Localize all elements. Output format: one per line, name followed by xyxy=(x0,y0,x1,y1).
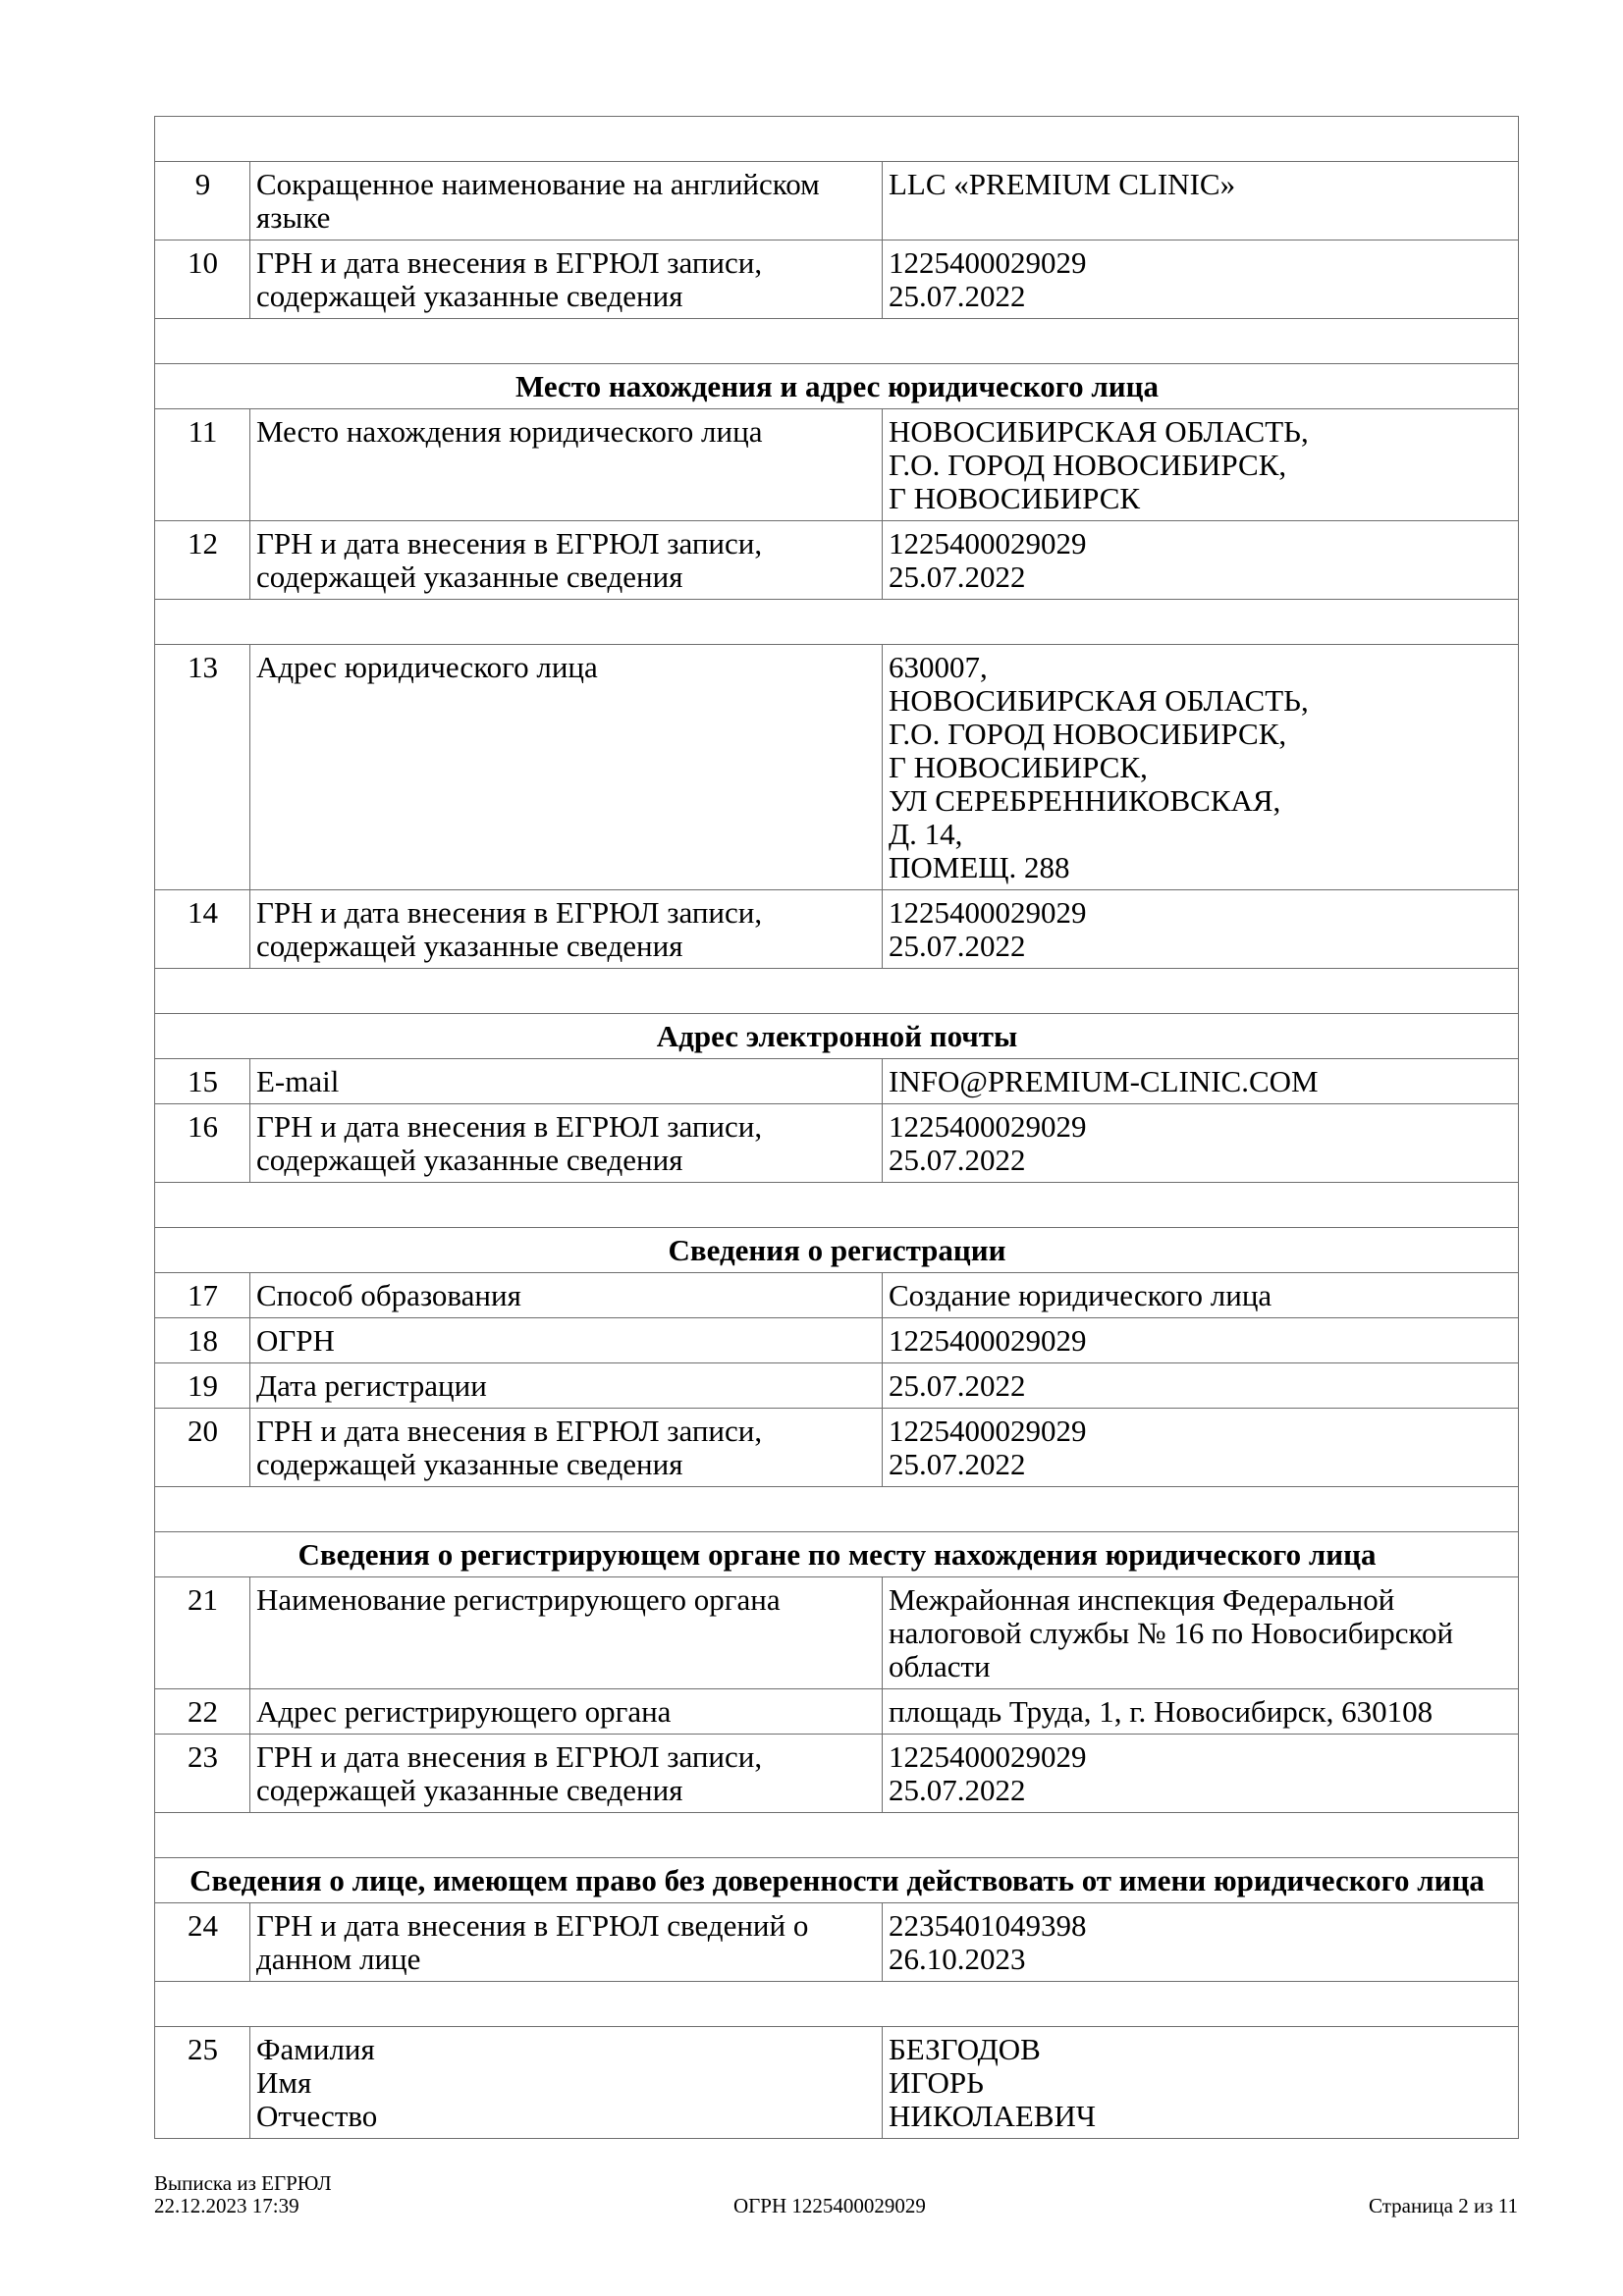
section-title: Сведения о регистрирующем органе по мест… xyxy=(155,1532,1519,1577)
table-row: 13Адрес юридического лица630007,НОВОСИБИ… xyxy=(155,645,1519,890)
field-label-line: ГРН и дата внесения в ЕГРЮЛ записи, соде… xyxy=(256,246,877,313)
field-value: INFO@PREMIUM-CLINIC.COM xyxy=(883,1059,1519,1104)
field-label: ФамилияИмяОтчество xyxy=(250,2027,883,2139)
table-row: 16ГРН и дата внесения в ЕГРЮЛ записи, со… xyxy=(155,1104,1519,1183)
field-value-line: 1225400029029 xyxy=(889,527,1513,561)
egrul-table-body: 9Сокращенное наименование на английском … xyxy=(155,117,1519,2139)
row-number: 10 xyxy=(155,240,250,319)
field-value: 630007,НОВОСИБИРСКАЯ ОБЛАСТЬ,Г.О. ГОРОД … xyxy=(883,645,1519,890)
field-value: НОВОСИБИРСКАЯ ОБЛАСТЬ,Г.О. ГОРОД НОВОСИБ… xyxy=(883,409,1519,521)
field-label-line: ГРН и дата внесения в ЕГРЮЛ записи, соде… xyxy=(256,1740,877,1807)
row-number: 15 xyxy=(155,1059,250,1104)
row-number: 24 xyxy=(155,1903,250,1982)
field-value-line: ПОМЕЩ. 288 xyxy=(889,851,1513,884)
field-label: Способ образования xyxy=(250,1273,883,1318)
row-number: 21 xyxy=(155,1577,250,1689)
spacer-row xyxy=(155,1487,1519,1532)
field-label-line: ОГРН xyxy=(256,1324,877,1358)
field-value: Создание юридического лица xyxy=(883,1273,1519,1318)
row-number: 19 xyxy=(155,1363,250,1409)
section-title: Адрес электронной почты xyxy=(155,1014,1519,1059)
egrul-extract-page: 9Сокращенное наименование на английском … xyxy=(154,116,1518,2139)
field-label: E-mail xyxy=(250,1059,883,1104)
field-value-line: 25.07.2022 xyxy=(889,1144,1513,1177)
field-value: БЕЗГОДОВИГОРЬНИКОЛАЕВИЧ xyxy=(883,2027,1519,2139)
field-value-line: 1225400029029 xyxy=(889,1740,1513,1774)
table-row: 23ГРН и дата внесения в ЕГРЮЛ записи, со… xyxy=(155,1735,1519,1813)
field-value: 122540002902925.07.2022 xyxy=(883,240,1519,319)
spacer-cell xyxy=(155,1813,1519,1858)
field-label-line: Фамилия xyxy=(256,2033,877,2066)
row-number: 9 xyxy=(155,162,250,240)
field-value-line: 25.07.2022 xyxy=(889,1369,1513,1403)
field-value-line: 1225400029029 xyxy=(889,1415,1513,1448)
spacer-row xyxy=(155,319,1519,364)
field-value-line: БЕЗГОДОВ xyxy=(889,2033,1513,2066)
row-number: 23 xyxy=(155,1735,250,1813)
table-row: 18ОГРН1225400029029 xyxy=(155,1318,1519,1363)
table-row: 24ГРН и дата внесения в ЕГРЮЛ сведений о… xyxy=(155,1903,1519,1982)
field-label: ГРН и дата внесения в ЕГРЮЛ записи, соде… xyxy=(250,1735,883,1813)
table-row: 17Способ образованияСоздание юридическог… xyxy=(155,1273,1519,1318)
field-value: 122540002902925.07.2022 xyxy=(883,1104,1519,1183)
section-header-row: Сведения о лице, имеющем право без довер… xyxy=(155,1858,1519,1903)
table-row: 19Дата регистрации25.07.2022 xyxy=(155,1363,1519,1409)
table-row: 20ГРН и дата внесения в ЕГРЮЛ записи, со… xyxy=(155,1409,1519,1487)
field-value-line: НИКОЛАЕВИЧ xyxy=(889,2100,1513,2133)
field-value-line: INFO@PREMIUM-CLINIC.COM xyxy=(889,1065,1513,1098)
field-label: ОГРН xyxy=(250,1318,883,1363)
field-label: Место нахождения юридического лица xyxy=(250,409,883,521)
field-value-line: 1225400029029 xyxy=(889,896,1513,930)
field-label-line: Отчество xyxy=(256,2100,877,2133)
field-label-line: E-mail xyxy=(256,1065,877,1098)
field-value-line: 25.07.2022 xyxy=(889,1448,1513,1481)
row-number: 17 xyxy=(155,1273,250,1318)
row-number: 13 xyxy=(155,645,250,890)
spacer-cell xyxy=(155,319,1519,364)
table-row: 22Адрес регистрирующего органаплощадь Тр… xyxy=(155,1689,1519,1735)
field-value-line: 26.10.2023 xyxy=(889,1943,1513,1976)
row-number: 18 xyxy=(155,1318,250,1363)
field-label: ГРН и дата внесения в ЕГРЮЛ записи, соде… xyxy=(250,240,883,319)
spacer-row xyxy=(155,600,1519,645)
field-label-line: Адрес юридического лица xyxy=(256,651,877,684)
field-label-line: Место нахождения юридического лица xyxy=(256,415,877,449)
field-value-line: Г.О. ГОРОД НОВОСИБИРСК, xyxy=(889,718,1513,751)
field-value-line: Г НОВОСИБИРСК xyxy=(889,482,1513,515)
field-label-line: Способ образования xyxy=(256,1279,877,1312)
field-value-line: 25.07.2022 xyxy=(889,561,1513,594)
field-label-line: Сокращенное наименование на английском я… xyxy=(256,168,877,235)
field-label: ГРН и дата внесения в ЕГРЮЛ сведений о д… xyxy=(250,1903,883,1982)
row-number: 16 xyxy=(155,1104,250,1183)
table-row: 11Место нахождения юридического лицаНОВО… xyxy=(155,409,1519,521)
field-label: Наименование регистрирующего органа xyxy=(250,1577,883,1689)
field-label-line: ГРН и дата внесения в ЕГРЮЛ сведений о д… xyxy=(256,1909,877,1976)
field-value-line: 25.07.2022 xyxy=(889,1774,1513,1807)
field-value-line: 630007, xyxy=(889,651,1513,684)
field-value-line: площадь Труда, 1, г. Новосибирск, 630108 xyxy=(889,1695,1513,1729)
table-row: 12ГРН и дата внесения в ЕГРЮЛ записи, со… xyxy=(155,521,1519,600)
field-label: Дата регистрации xyxy=(250,1363,883,1409)
row-number: 11 xyxy=(155,409,250,521)
field-value-line: 1225400029029 xyxy=(889,1110,1513,1144)
field-label-line: ГРН и дата внесения в ЕГРЮЛ записи, соде… xyxy=(256,1415,877,1481)
field-label: ГРН и дата внесения в ЕГРЮЛ записи, соде… xyxy=(250,1409,883,1487)
field-value-line: 25.07.2022 xyxy=(889,280,1513,313)
row-number: 25 xyxy=(155,2027,250,2139)
spacer-row xyxy=(155,1982,1519,2027)
section-header-row: Сведения о регистрирующем органе по мест… xyxy=(155,1532,1519,1577)
spacer-row xyxy=(155,1183,1519,1228)
table-row: 9Сокращенное наименование на английском … xyxy=(155,162,1519,240)
field-value: 1225400029029 xyxy=(883,1318,1519,1363)
spacer-cell xyxy=(155,1982,1519,2027)
field-value: 25.07.2022 xyxy=(883,1363,1519,1409)
field-label: Адрес юридического лица xyxy=(250,645,883,890)
table-row: 10ГРН и дата внесения в ЕГРЮЛ записи, со… xyxy=(155,240,1519,319)
field-value-line: Г.О. ГОРОД НОВОСИБИРСК, xyxy=(889,449,1513,482)
spacer-cell xyxy=(155,117,1519,162)
footer-page-number: Страница 2 из 11 xyxy=(1369,2195,1518,2217)
field-value-line: Межрайонная инспекция Федеральной налого… xyxy=(889,1583,1513,1683)
field-value: 223540104939826.10.2023 xyxy=(883,1903,1519,1982)
field-label: ГРН и дата внесения в ЕГРЮЛ записи, соде… xyxy=(250,521,883,600)
field-label-line: Дата регистрации xyxy=(256,1369,877,1403)
spacer-row xyxy=(155,117,1519,162)
field-label: ГРН и дата внесения в ЕГРЮЛ записи, соде… xyxy=(250,890,883,969)
field-label: Адрес регистрирующего органа xyxy=(250,1689,883,1735)
field-label: ГРН и дата внесения в ЕГРЮЛ записи, соде… xyxy=(250,1104,883,1183)
section-title: Место нахождения и адрес юридического ли… xyxy=(155,364,1519,409)
field-value: 122540002902925.07.2022 xyxy=(883,521,1519,600)
section-title: Сведения о регистрации xyxy=(155,1228,1519,1273)
field-value: Межрайонная инспекция Федеральной налого… xyxy=(883,1577,1519,1689)
row-number: 12 xyxy=(155,521,250,600)
footer-ogrn: ОГРН 1225400029029 xyxy=(733,2195,926,2217)
field-value: 122540002902925.07.2022 xyxy=(883,890,1519,969)
field-value-line: УЛ СЕРЕБРЕННИКОВСКАЯ, xyxy=(889,784,1513,818)
field-value-line: 1225400029029 xyxy=(889,246,1513,280)
section-header-row: Место нахождения и адрес юридического ли… xyxy=(155,364,1519,409)
field-label: Сокращенное наименование на английском я… xyxy=(250,162,883,240)
field-value-line: 25.07.2022 xyxy=(889,930,1513,963)
field-value: 122540002902925.07.2022 xyxy=(883,1409,1519,1487)
field-value-line: НОВОСИБИРСКАЯ ОБЛАСТЬ, xyxy=(889,415,1513,449)
field-label-line: ГРН и дата внесения в ЕГРЮЛ записи, соде… xyxy=(256,1110,877,1177)
field-value-line: Д. 14, xyxy=(889,818,1513,851)
spacer-cell xyxy=(155,969,1519,1014)
row-number: 14 xyxy=(155,890,250,969)
egrul-table: 9Сокращенное наименование на английском … xyxy=(154,116,1519,2139)
footer-doc-title: Выписка из ЕГРЮЛ xyxy=(154,2172,332,2195)
footer-datetime: 22.12.2023 17:39 xyxy=(154,2195,332,2217)
field-value-line: 2235401049398 xyxy=(889,1909,1513,1943)
spacer-cell xyxy=(155,1183,1519,1228)
field-label-line: Наименование регистрирующего органа xyxy=(256,1583,877,1617)
field-value-line: 1225400029029 xyxy=(889,1324,1513,1358)
field-value-line: Г НОВОСИБИРСК, xyxy=(889,751,1513,784)
field-value: площадь Труда, 1, г. Новосибирск, 630108 xyxy=(883,1689,1519,1735)
field-value-line: Создание юридического лица xyxy=(889,1279,1513,1312)
field-value: 122540002902925.07.2022 xyxy=(883,1735,1519,1813)
table-row: 21Наименование регистрирующего органаМеж… xyxy=(155,1577,1519,1689)
row-number: 20 xyxy=(155,1409,250,1487)
row-number: 22 xyxy=(155,1689,250,1735)
field-value-line: ИГОРЬ xyxy=(889,2066,1513,2100)
footer-left: Выписка из ЕГРЮЛ 22.12.2023 17:39 xyxy=(154,2172,332,2217)
field-label-line: ГРН и дата внесения в ЕГРЮЛ записи, соде… xyxy=(256,896,877,963)
spacer-cell xyxy=(155,600,1519,645)
section-header-row: Адрес электронной почты xyxy=(155,1014,1519,1059)
spacer-row xyxy=(155,1813,1519,1858)
field-value-line: НОВОСИБИРСКАЯ ОБЛАСТЬ, xyxy=(889,684,1513,718)
table-row: 14ГРН и дата внесения в ЕГРЮЛ записи, со… xyxy=(155,890,1519,969)
table-row: 15E-mailINFO@PREMIUM-CLINIC.COM xyxy=(155,1059,1519,1104)
section-title: Сведения о лице, имеющем право без довер… xyxy=(155,1858,1519,1903)
field-label-line: Имя xyxy=(256,2066,877,2100)
field-label-line: Адрес регистрирующего органа xyxy=(256,1695,877,1729)
field-label-line: ГРН и дата внесения в ЕГРЮЛ записи, соде… xyxy=(256,527,877,594)
spacer-cell xyxy=(155,1487,1519,1532)
table-row: 25ФамилияИмяОтчествоБЕЗГОДОВИГОРЬНИКОЛАЕ… xyxy=(155,2027,1519,2139)
field-value: LLC «PREMIUM CLINIC» xyxy=(883,162,1519,240)
field-value-line: LLC «PREMIUM CLINIC» xyxy=(889,168,1513,201)
spacer-row xyxy=(155,969,1519,1014)
section-header-row: Сведения о регистрации xyxy=(155,1228,1519,1273)
